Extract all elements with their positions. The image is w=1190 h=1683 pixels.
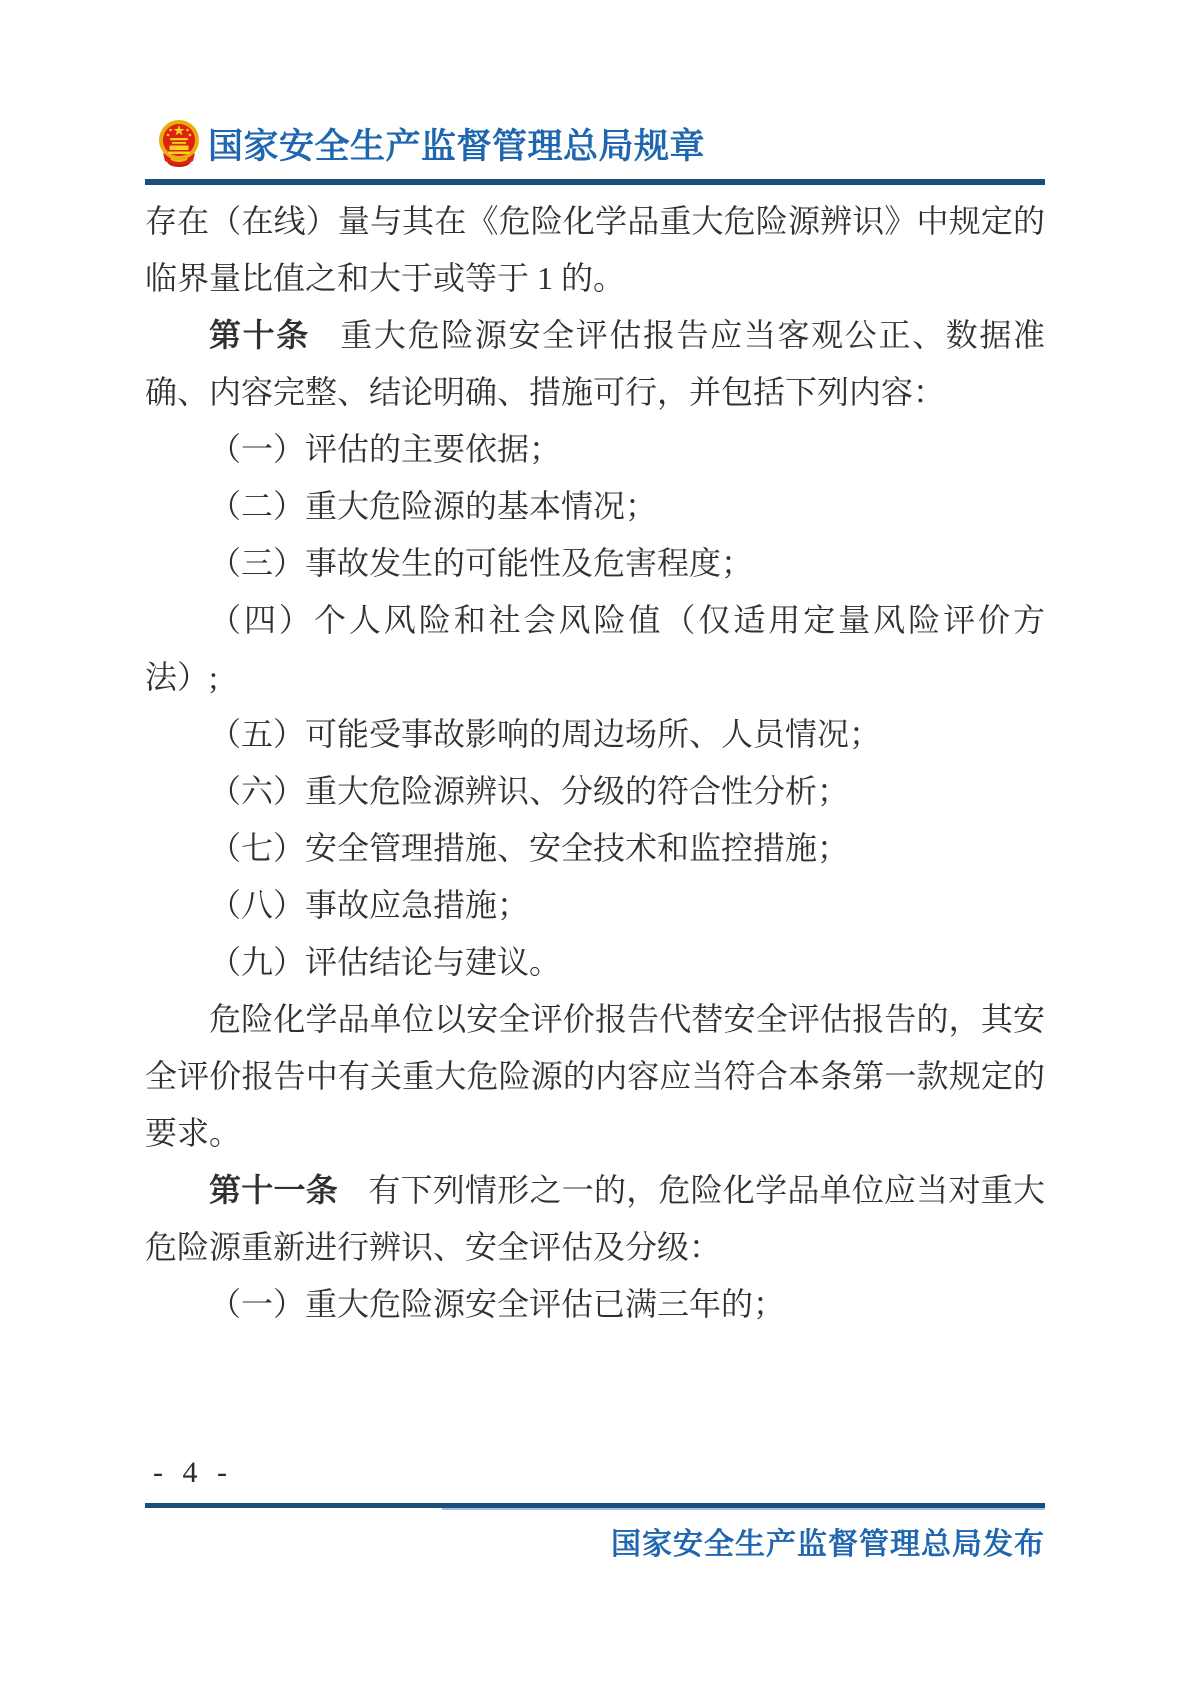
paragraph: （一）重大危险源安全评估已满三年的；: [145, 1276, 1045, 1333]
paragraph-text: （四）个人风险和社会风险值（仅适用定量风险评价方法）;: [145, 602, 1045, 695]
paragraph-text: （八）事故应急措施；: [209, 887, 529, 923]
paragraph-text: （九）评估结论与建议。: [209, 944, 561, 980]
paragraph-text: （一）评估的主要依据；: [209, 431, 561, 467]
paragraph-text: 存在（在线）量与其在《危险化学品重大危险源辨识》中规定的临界量比值之和大于或等于…: [145, 203, 1045, 296]
paragraph-text: （三）事故发生的可能性及危害程度；: [209, 545, 753, 581]
paragraph-text: （五）可能受事故影响的周边场所、人员情况；: [209, 716, 881, 752]
paragraph-text: （六）重大危险源辨识、分级的符合性分析；: [209, 773, 849, 809]
publisher-line: 国家安全生产监督管理总局发布: [145, 1525, 1045, 1565]
footer-divider: [145, 1503, 1045, 1508]
paragraph-text: （二）重大危险源的基本情况；: [209, 488, 657, 524]
page-number: - 4 -: [153, 1455, 1045, 1491]
paragraph: 第十一条有下列情形之一的，危险化学品单位应当对重大危险源重新进行辨识、安全评估及…: [145, 1162, 1045, 1276]
paragraph: （三）事故发生的可能性及危害程度；: [145, 535, 1045, 592]
paragraph: （二）重大危险源的基本情况；: [145, 478, 1045, 535]
page-header: 国家安全生产监督管理总局规章: [145, 118, 1045, 170]
paragraph-text: （一）重大危险源安全评估已满三年的；: [209, 1286, 785, 1322]
header-title: 国家安全生产监督管理总局规章: [208, 119, 705, 169]
paragraph: （七）安全管理措施、安全技术和监控措施；: [145, 820, 1045, 877]
paragraph: （一）评估的主要依据；: [145, 421, 1045, 478]
content-area: 国家安全生产监督管理总局规章 存在（在线）量与其在《危险化学品重大危险源辨识》中…: [145, 0, 1045, 1565]
paragraph: （五）可能受事故影响的周边场所、人员情况；: [145, 706, 1045, 763]
paragraph: （六）重大危险源辨识、分级的符合性分析；: [145, 763, 1045, 820]
paragraph-text: （七）安全管理措施、安全技术和监控措施；: [209, 830, 849, 866]
paragraph: （九）评估结论与建议。: [145, 934, 1045, 991]
paragraph: 存在（在线）量与其在《危险化学品重大危险源辨识》中规定的临界量比值之和大于或等于…: [145, 193, 1045, 307]
paragraph: 第十条重大危险源安全评估报告应当客观公正、数据准确、内容完整、结论明确、措施可行…: [145, 307, 1045, 421]
document-page: 国家安全生产监督管理总局规章 存在（在线）量与其在《危险化学品重大危险源辨识》中…: [0, 0, 1190, 1683]
document-body: 存在（在线）量与其在《危险化学品重大危险源辨识》中规定的临界量比值之和大于或等于…: [145, 193, 1045, 1333]
footer-divider-light-segment: [442, 1508, 1045, 1510]
article-number: 第十一条: [209, 1172, 338, 1208]
paragraph: 危险化学品单位以安全评价报告代替安全评估报告的，其安全评价报告中有关重大危险源的…: [145, 991, 1045, 1162]
paragraph: （四）个人风险和社会风险值（仅适用定量风险评价方法）;: [145, 592, 1045, 706]
article-number: 第十条: [209, 317, 310, 353]
header-divider: [145, 179, 1045, 185]
paragraph: （八）事故应急措施；: [145, 877, 1045, 934]
china-national-emblem-icon: [157, 119, 201, 169]
paragraph-text: 危险化学品单位以安全评价报告代替安全评估报告的，其安全评价报告中有关重大危险源的…: [145, 1001, 1045, 1151]
